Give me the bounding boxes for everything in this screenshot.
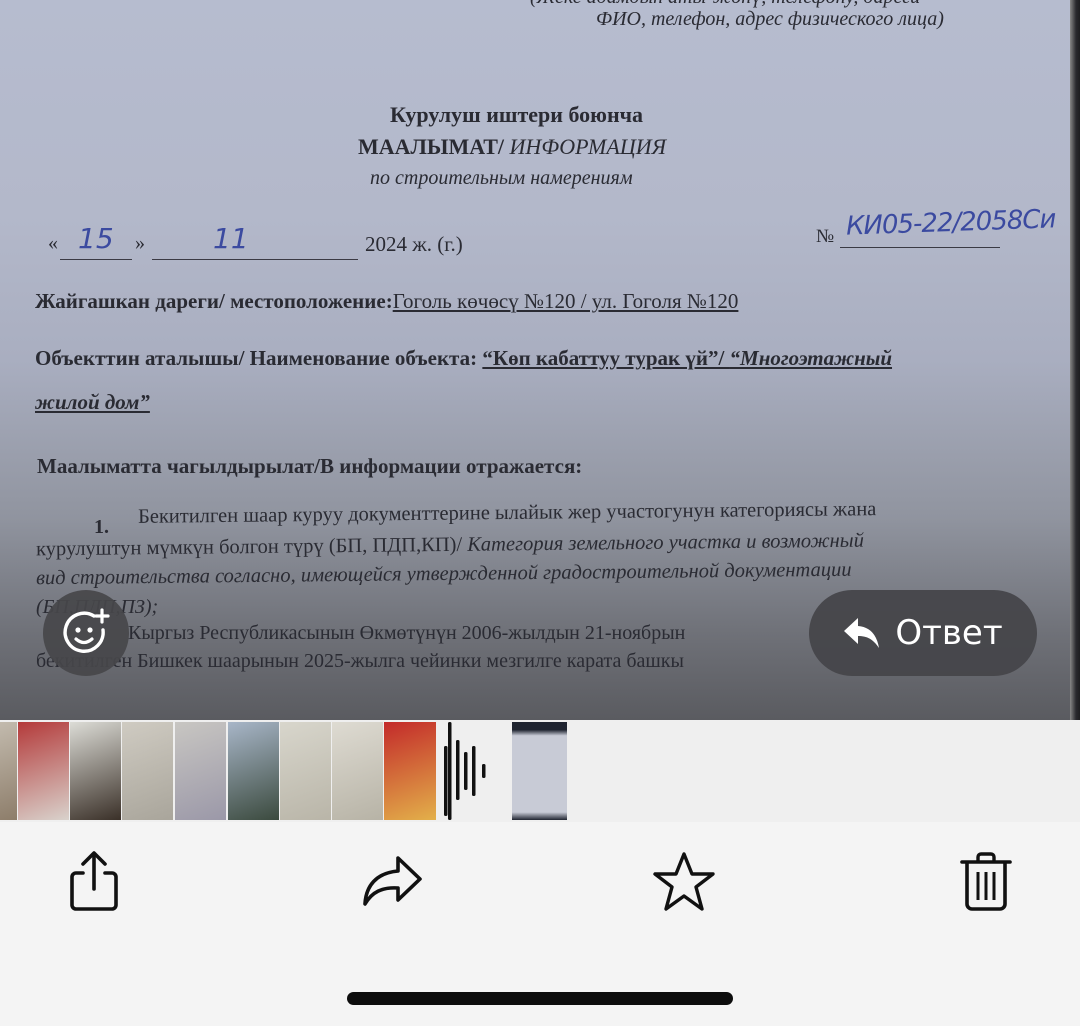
- photo-edge: [1070, 0, 1080, 720]
- title-line-2: МААЛЫМАТ/ ИНФОРМАЦИЯ: [358, 134, 666, 160]
- item1-line1: Бекитилген шаар куруу документтерине ыла…: [138, 498, 877, 529]
- thumbnail-strip[interactable]: [0, 720, 1080, 822]
- photo-viewer[interactable]: (Жеке адамдын аты-жөнү, телефону, дареги…: [0, 0, 1080, 720]
- thumbnail[interactable]: [175, 722, 226, 820]
- item1-line3: вид строительства согласно, имеющейся ут…: [36, 559, 852, 591]
- location-row: Жайгашкан дареги/ местоположение:Гоголь …: [35, 289, 738, 314]
- date-close-quote: »: [135, 232, 145, 255]
- date-month-line: [152, 259, 358, 260]
- title-line-3: по строительным намерениям: [370, 167, 633, 190]
- trash-icon: [960, 851, 1012, 913]
- delete-button[interactable]: [946, 842, 1026, 922]
- reply-button[interactable]: Ответ: [809, 590, 1037, 676]
- add-reaction-button[interactable]: [43, 590, 129, 676]
- share-icon: [66, 849, 122, 915]
- home-indicator[interactable]: [347, 992, 733, 1005]
- thumbnail[interactable]: [384, 722, 436, 820]
- star-icon: [652, 851, 716, 913]
- date-year: 2024 ж. (г.): [365, 232, 463, 257]
- thumbnail[interactable]: [70, 722, 121, 820]
- share-button[interactable]: [54, 842, 134, 922]
- bottom-toolbar: [0, 822, 1080, 1026]
- item1-line2: курулуштун мүмкүн болгон түрү (БП, ПДП,К…: [36, 530, 864, 562]
- thumbnail[interactable]: [18, 722, 69, 820]
- emoji-add-icon: [61, 608, 111, 658]
- item1-line2-ru: Категория земельного участка и возможный: [467, 530, 864, 556]
- title-italic: ИНФОРМАЦИЯ: [504, 134, 666, 159]
- object-value-ru-cont: жилой дом”: [35, 390, 150, 415]
- thumbnail[interactable]: [280, 722, 331, 820]
- thumbnail[interactable]: [0, 722, 17, 820]
- object-label: Объекттин аталышы/ Наименование объекта:: [35, 346, 482, 370]
- location-label: Жайгашкан дареги/ местоположение:: [35, 289, 393, 313]
- number-line: [840, 247, 1000, 248]
- date-open-quote: «: [48, 232, 58, 255]
- forward-icon: [360, 854, 424, 910]
- object-row: Объекттин аталышы/ Наименование объекта:…: [35, 346, 892, 371]
- favorite-button[interactable]: [644, 842, 724, 922]
- reply-arrow-icon: [843, 616, 881, 650]
- number-value: КИ05-22/2058Си: [846, 204, 1056, 241]
- thumbnail-current[interactable]: [512, 722, 567, 820]
- voice-message-thumbnail[interactable]: [440, 720, 500, 822]
- date-month: 11: [213, 222, 249, 255]
- date-day: 15: [78, 222, 114, 255]
- header-subtitle: ФИО, телефон, адрес физического лица): [596, 8, 944, 31]
- thumbnail[interactable]: [228, 722, 279, 820]
- item1-number: 1.: [94, 516, 109, 539]
- forward-button[interactable]: [352, 842, 432, 922]
- date-day-line: [60, 259, 132, 260]
- reflects-heading: Маалыматта чагылдырылат/В информации отр…: [37, 454, 582, 479]
- item2-line2: бекитилген Бишкек шаарынын 2025-жылга че…: [36, 650, 684, 673]
- location-value: Гоголь көчөсү №120 / ул. Гоголя №120: [393, 289, 739, 313]
- thumbnail[interactable]: [332, 722, 383, 820]
- object-value-ru: “Многоэтажный: [730, 346, 892, 370]
- title-line-1: Курулуш иштери боюнча: [390, 102, 643, 128]
- item1-line2-ky: курулуштун мүмкүн болгон түрү (БП, ПДП,К…: [36, 534, 467, 561]
- thumbnail[interactable]: [122, 722, 173, 820]
- item2-line1: Кыргыз Республикасынын Өкмөтүнүн 2006-жы…: [128, 622, 685, 645]
- number-label: №: [816, 226, 834, 248]
- title-bold: МААЛЫМАТ/: [358, 134, 504, 159]
- object-value-ky: “Көп кабаттуу турак үй”/: [482, 346, 729, 370]
- reply-label: Ответ: [895, 613, 1002, 653]
